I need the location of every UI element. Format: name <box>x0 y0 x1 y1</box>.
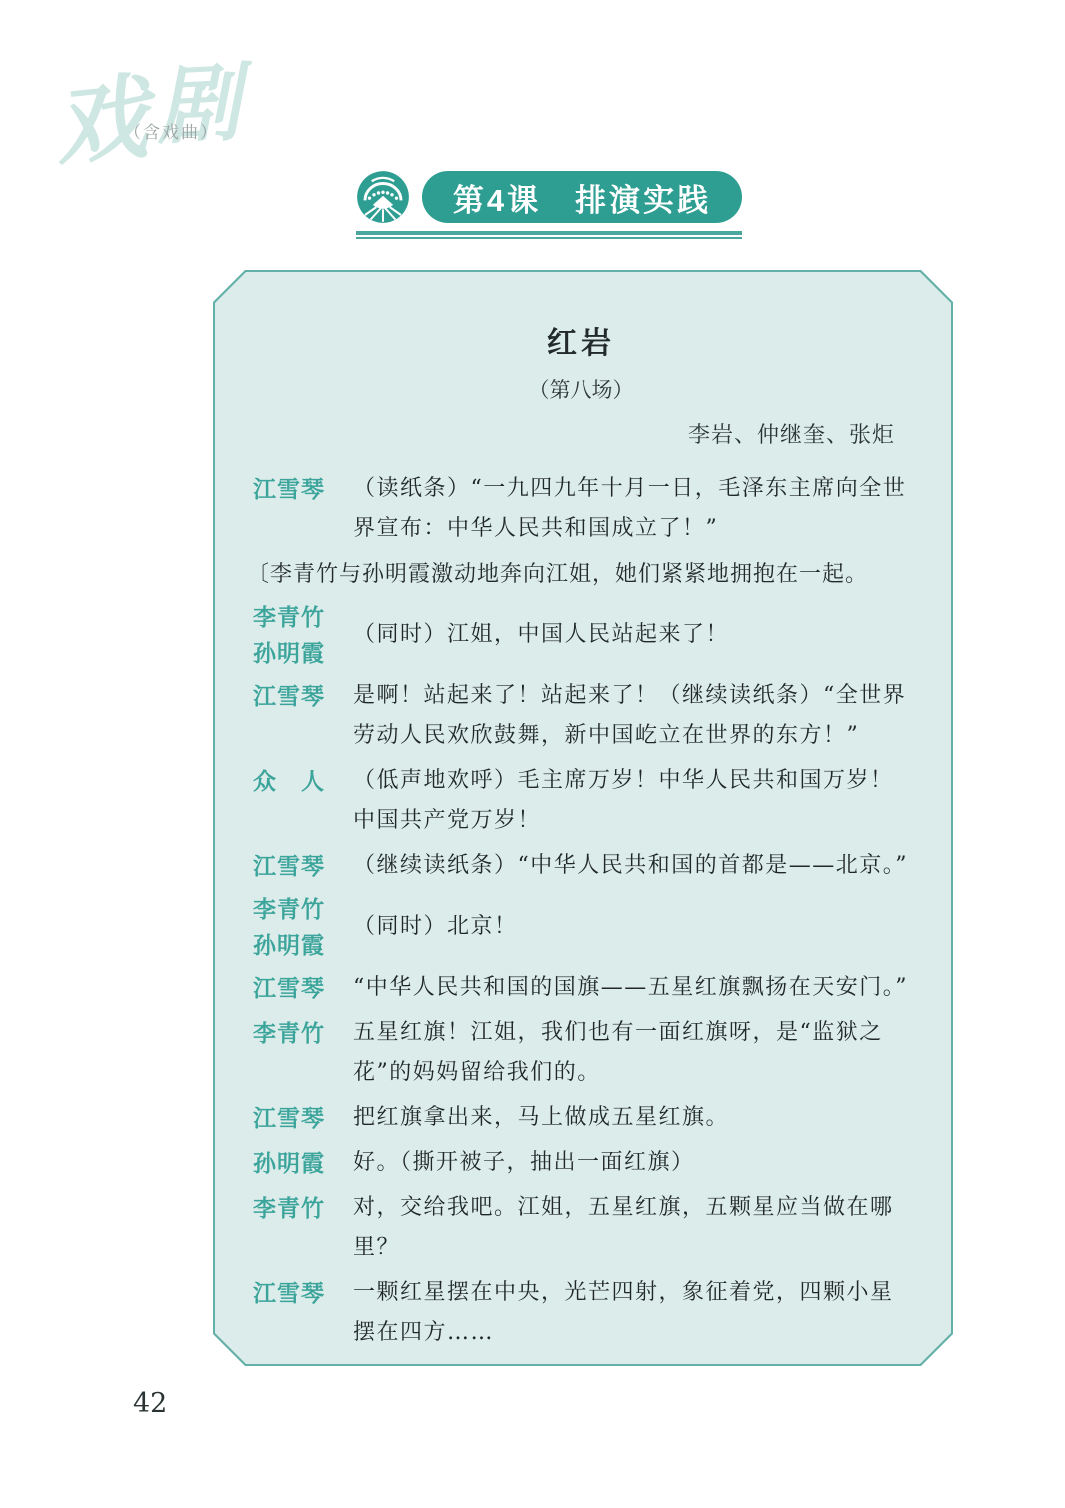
lesson-title-banner: 第4课 排演实践 <box>422 171 742 223</box>
lesson-underline <box>356 231 742 239</box>
speaker-name: 李青竹 <box>253 1013 353 1053</box>
speaker-name: 孙明霞 <box>253 927 353 963</box>
speaker-column: 李青竹 <box>253 1188 353 1268</box>
drama-mask-icon <box>356 170 410 224</box>
logo-subtitle: （含戏曲） <box>124 118 219 143</box>
speaker-column: 李青竹孙明霞 <box>253 599 353 671</box>
speaker-name: 孙明霞 <box>253 635 353 671</box>
dialogue-row: 众 人（低声地欢呼）毛主席万岁！中华人民共和国万岁！中国共产党万岁！ <box>253 761 909 841</box>
dialogue-text: 好。（撕开被子，抽出一面红旗） <box>353 1143 909 1183</box>
speaker-name: 众 人 <box>253 761 353 801</box>
dialogue-row: 孙明霞好。（撕开被子，抽出一面红旗） <box>253 1143 909 1183</box>
script-scene: （第八场） <box>253 374 909 404</box>
speaker-column: 江雪琴 <box>253 1098 353 1138</box>
dialogue-row: 江雪琴（继续读纸条）“中华人民共和国的首都是——北京。” <box>253 846 909 886</box>
speaker-name: 江雪琴 <box>253 846 353 886</box>
speaker-name: 江雪琴 <box>253 968 353 1008</box>
speaker-name: 孙明霞 <box>253 1143 353 1183</box>
dialogue-text: （同时）北京！ <box>353 907 909 947</box>
speaker-column: 李青竹孙明霞 <box>253 891 353 963</box>
lesson-header: 第4课 排演实践 <box>356 170 742 239</box>
dialogue-row: 江雪琴一颗红星摆在中央，光芒四射，象征着党，四颗小星摆在四方…… <box>253 1273 909 1353</box>
dialogue-text: （读纸条）“一九四九年十月一日，毛泽东主席向全世界宣布：中华人民共和国成立了！” <box>353 469 909 549</box>
speaker-name: 江雪琴 <box>253 676 353 716</box>
dialogue-row: 李青竹对，交给我吧。江姐，五星红旗，五颗星应当做在哪里？ <box>253 1188 909 1268</box>
dialogue-row: 江雪琴是啊！站起来了！站起来了！（继续读纸条）“全世界劳动人民欢欣鼓舞，新中国屹… <box>253 676 909 756</box>
lesson-title: 第4课 排演实践 <box>453 175 711 220</box>
speaker-column: 江雪琴 <box>253 846 353 886</box>
page-number: 42 <box>133 1388 167 1419</box>
speaker-column: 孙明霞 <box>253 1143 353 1183</box>
script-box: 红岩 （第八场） 李岩、仲继奎、张炬 江雪琴（读纸条）“一九四九年十月一日，毛泽… <box>213 270 953 1366</box>
dialogue-text: 把红旗拿出来，马上做成五星红旗。 <box>353 1098 909 1138</box>
logo-character-xi: 戏 <box>47 44 152 185</box>
dialogue-text: 五星红旗！江姐，我们也有一面红旗呀，是“监狱之花”的妈妈留给我们的。 <box>353 1013 909 1093</box>
speaker-name: 李青竹 <box>253 599 353 635</box>
script-authors: 李岩、仲继奎、张炬 <box>253 418 909 449</box>
dialogue-text: （低声地欢呼）毛主席万岁！中华人民共和国万岁！中国共产党万岁！ <box>353 761 909 841</box>
speaker-column: 众 人 <box>253 761 353 841</box>
speaker-name: 江雪琴 <box>253 469 353 509</box>
script-lines: 江雪琴（读纸条）“一九四九年十月一日，毛泽东主席向全世界宣布：中华人民共和国成立… <box>253 469 909 1353</box>
speaker-name: 李青竹 <box>253 1188 353 1228</box>
dialogue-row: 江雪琴把红旗拿出来，马上做成五星红旗。 <box>253 1098 909 1138</box>
script-box-inner: 红岩 （第八场） 李岩、仲继奎、张炬 江雪琴（读纸条）“一九四九年十月一日，毛泽… <box>215 272 951 1364</box>
script-title: 红岩 <box>253 318 909 362</box>
textbook-page: 戏 剧 （含戏曲） <box>0 0 1065 1508</box>
book-logo: 戏 剧 （含戏曲） <box>48 30 308 160</box>
dialogue-row: 江雪琴“中华人民共和国的国旗——五星红旗飘扬在天安门。” <box>253 968 909 1008</box>
dialogue-text: 对，交给我吧。江姐，五星红旗，五颗星应当做在哪里？ <box>353 1188 909 1268</box>
speaker-column: 江雪琴 <box>253 676 353 756</box>
speaker-column: 李青竹 <box>253 1013 353 1093</box>
speaker-name: 江雪琴 <box>253 1098 353 1138</box>
dialogue-text: “中华人民共和国的国旗——五星红旗飘扬在天安门。” <box>353 968 909 1008</box>
dialogue-row: 李青竹孙明霞（同时）江姐，中国人民站起来了！ <box>253 599 909 671</box>
speaker-name: 江雪琴 <box>253 1273 353 1313</box>
speaker-column: 江雪琴 <box>253 1273 353 1353</box>
dialogue-text: （继续读纸条）“中华人民共和国的首都是——北京。” <box>353 846 909 886</box>
speaker-column: 江雪琴 <box>253 469 353 549</box>
dialogue-row: 江雪琴（读纸条）“一九四九年十月一日，毛泽东主席向全世界宣布：中华人民共和国成立… <box>253 469 909 549</box>
stage-direction: 〔李青竹与孙明霞激动地奔向江姐，她们紧紧地拥抱在一起。 <box>247 554 909 594</box>
speaker-column: 江雪琴 <box>253 968 353 1008</box>
dialogue-text: 是啊！站起来了！站起来了！（继续读纸条）“全世界劳动人民欢欣鼓舞，新中国屹立在世… <box>353 676 909 756</box>
speaker-name: 李青竹 <box>253 891 353 927</box>
dialogue-text: 一颗红星摆在中央，光芒四射，象征着党，四颗小星摆在四方…… <box>353 1273 909 1353</box>
dialogue-text: （同时）江姐，中国人民站起来了！ <box>353 615 909 655</box>
dialogue-row: 李青竹五星红旗！江姐，我们也有一面红旗呀，是“监狱之花”的妈妈留给我们的。 <box>253 1013 909 1093</box>
dialogue-row: 李青竹孙明霞（同时）北京！ <box>253 891 909 963</box>
